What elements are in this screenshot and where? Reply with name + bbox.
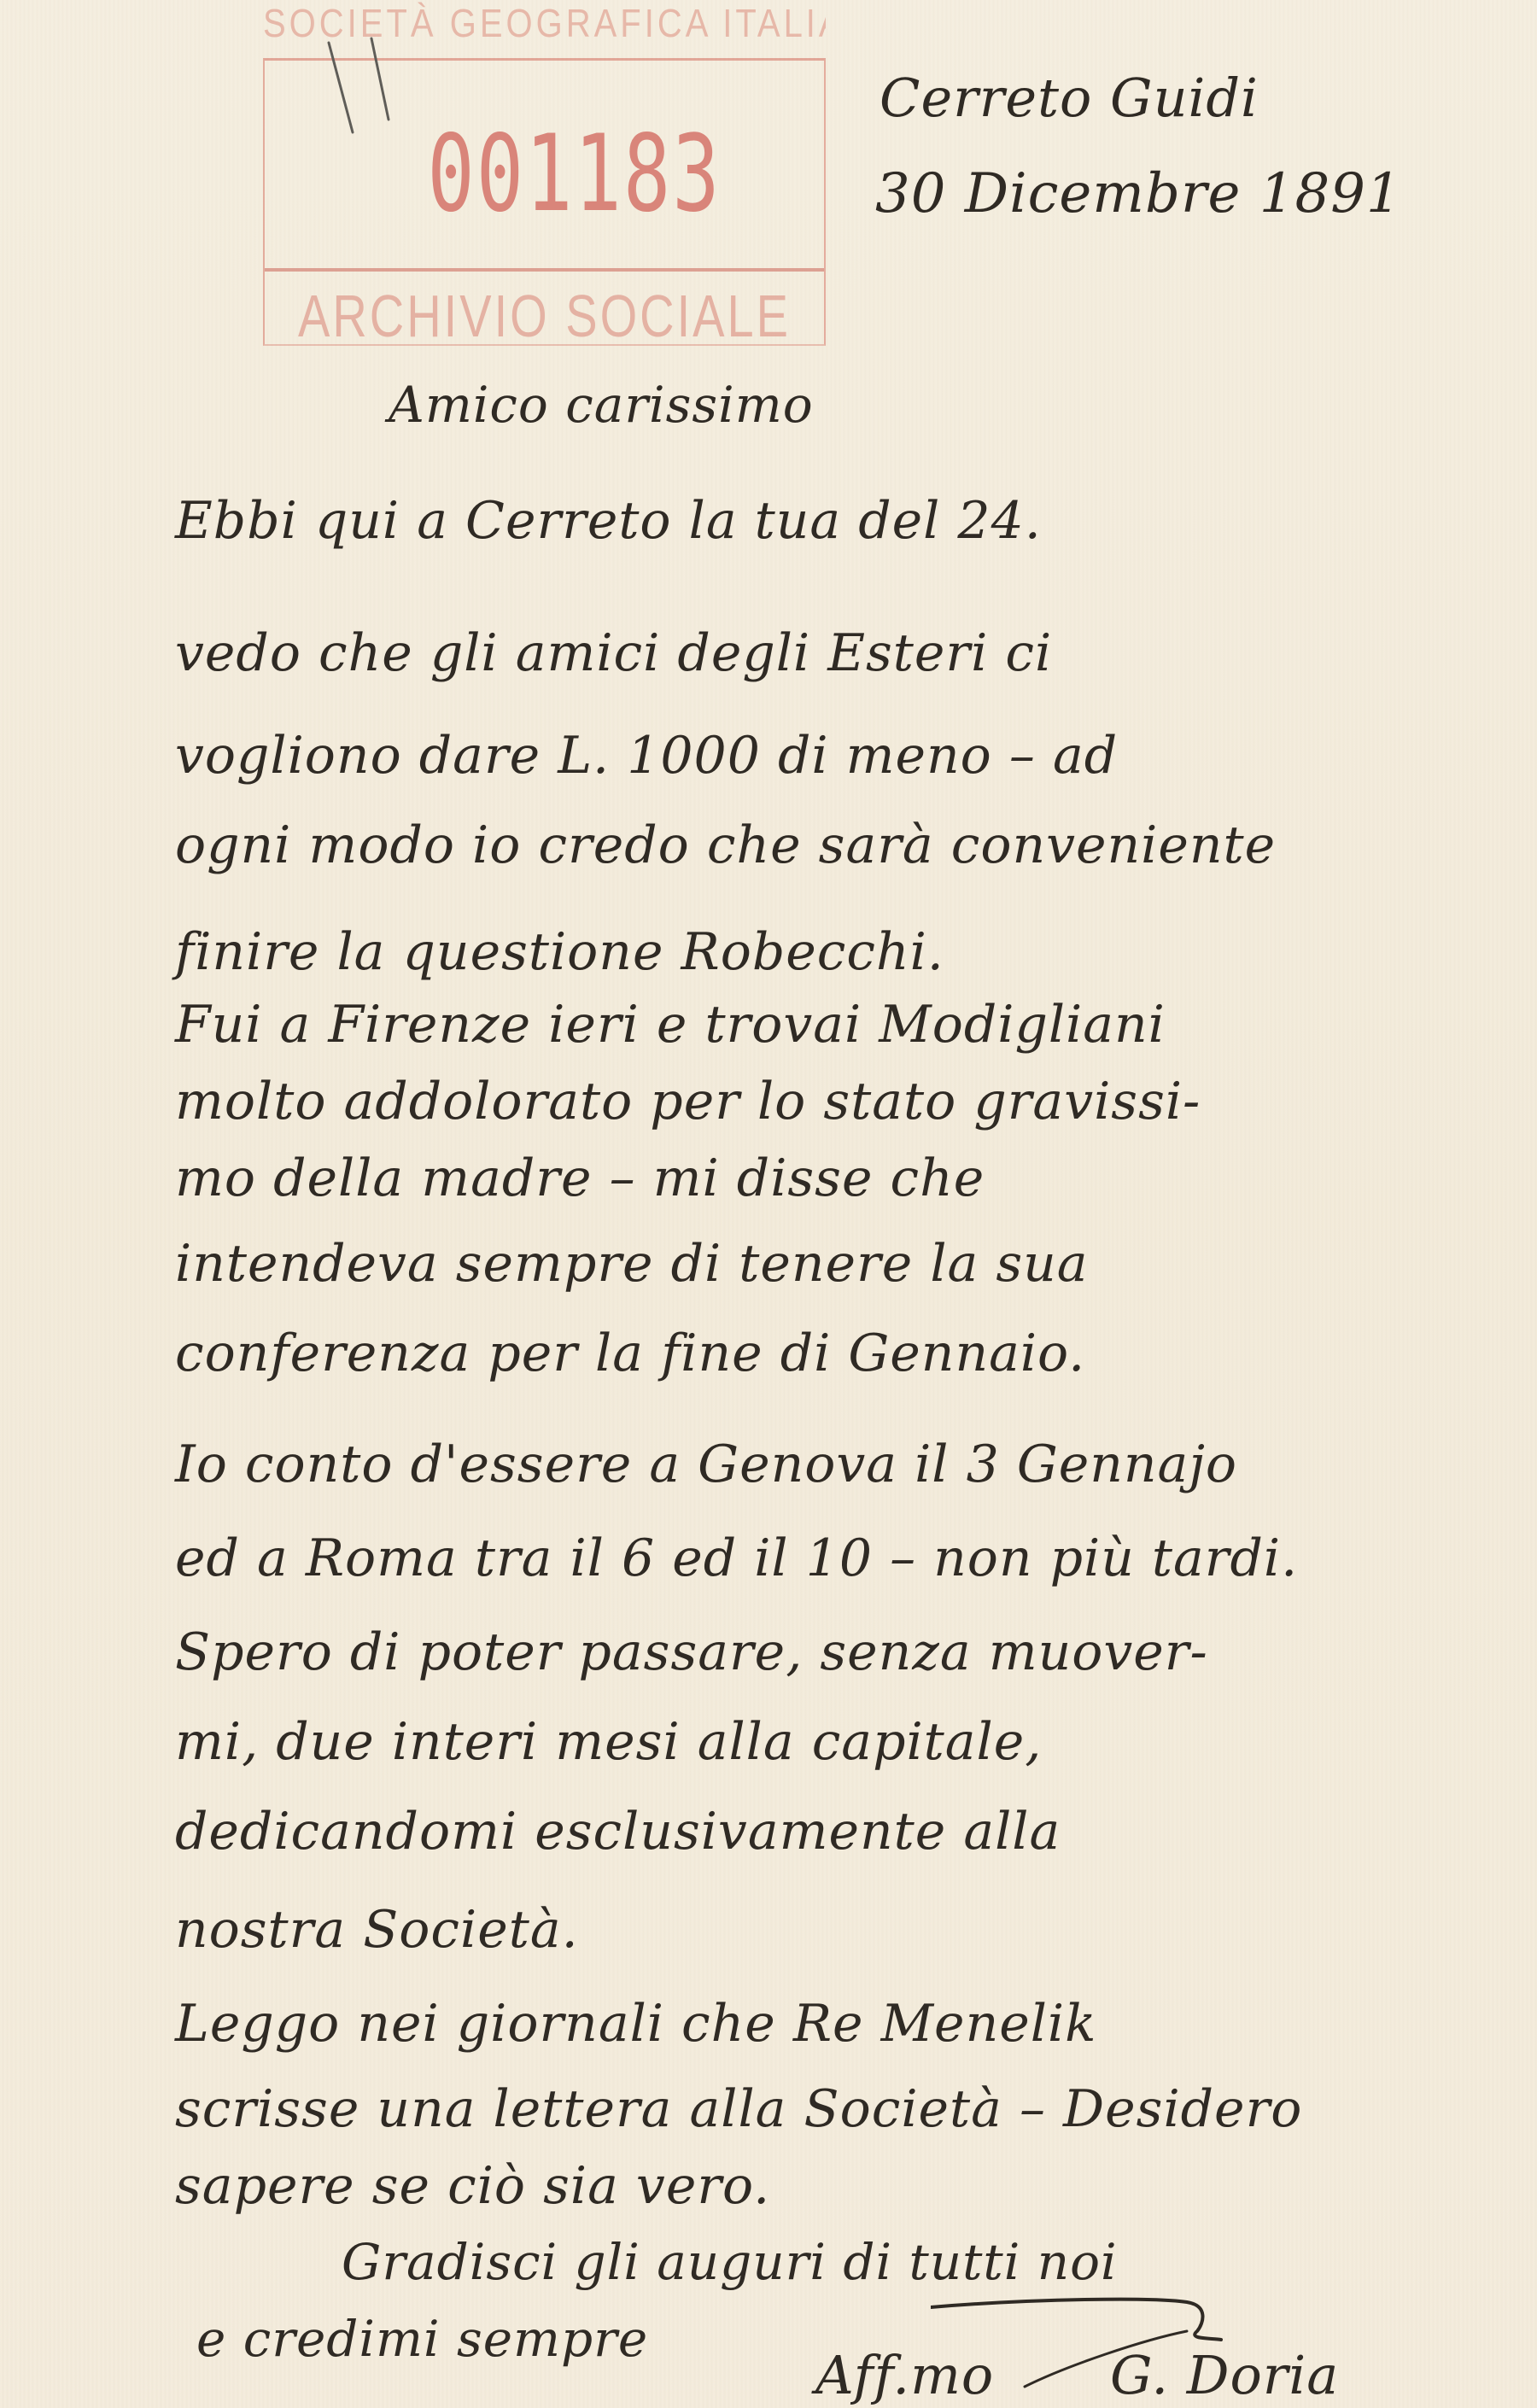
letter-line: vogliono dare L. 1000 di meno – ad bbox=[175, 726, 1118, 786]
letter-line: Fui a Firenze ieri e trovai Modigliani bbox=[175, 995, 1166, 1055]
letter-line: Ebbi qui a Cerreto la tua del 24. bbox=[175, 491, 1042, 551]
letter-line: ed a Roma tra il 6 ed il 10 – non più ta… bbox=[175, 1528, 1298, 1588]
letter-line: nostra Società. bbox=[175, 1900, 579, 1960]
letter-line: sapere se ciò sia vero. bbox=[175, 2156, 770, 2216]
letter-line: mo della madre – mi disse che bbox=[175, 1148, 985, 1208]
letter-line: mi, due interi mesi alla capitale, bbox=[175, 1712, 1042, 1772]
letter-salutation: Amico carissimo bbox=[389, 376, 814, 434]
letter-line: Leggo nei giornali che Re Menelik bbox=[175, 1994, 1096, 2054]
letter-line: molto addolorato per lo stato gravissi- bbox=[175, 1072, 1201, 1131]
pencil-mark-icon bbox=[320, 34, 406, 145]
letter-closing-2: e credimi sempre bbox=[196, 2310, 648, 2368]
letter-date: 30 Dicembre 1891 bbox=[875, 162, 1402, 225]
letter-place: Cerreto Guidi bbox=[880, 67, 1259, 129]
letter-line: scrisse una lettera alla Società – Desid… bbox=[175, 2079, 1302, 2139]
letter-line: vedo che gli amici degli Esteri ci bbox=[175, 623, 1052, 683]
letter-line: finire la questione Robecchi. bbox=[175, 922, 944, 982]
signature-flourish-icon bbox=[931, 2297, 1289, 2399]
letter-line: dedicandomi esclusivamente alla bbox=[175, 1802, 1061, 1862]
letter-line: Io conto d'essere a Genova il 3 Gennajo bbox=[175, 1435, 1237, 1494]
letter-line: Spero di poter passare, senza muover- bbox=[175, 1622, 1208, 1682]
letter-line: conferenza per la fine di Gennaio. bbox=[175, 1324, 1085, 1383]
letter-line: intendeva sempre di tenere la sua bbox=[175, 1234, 1089, 1294]
letter-line: ogni modo io credo che sarà conveniente bbox=[175, 815, 1276, 875]
letter-closing-1: Gradisci gli auguri di tutti noi bbox=[342, 2233, 1118, 2291]
stamp-divider bbox=[265, 268, 824, 272]
stamp-label: ARCHIVIO SOCIALE bbox=[265, 281, 824, 350]
